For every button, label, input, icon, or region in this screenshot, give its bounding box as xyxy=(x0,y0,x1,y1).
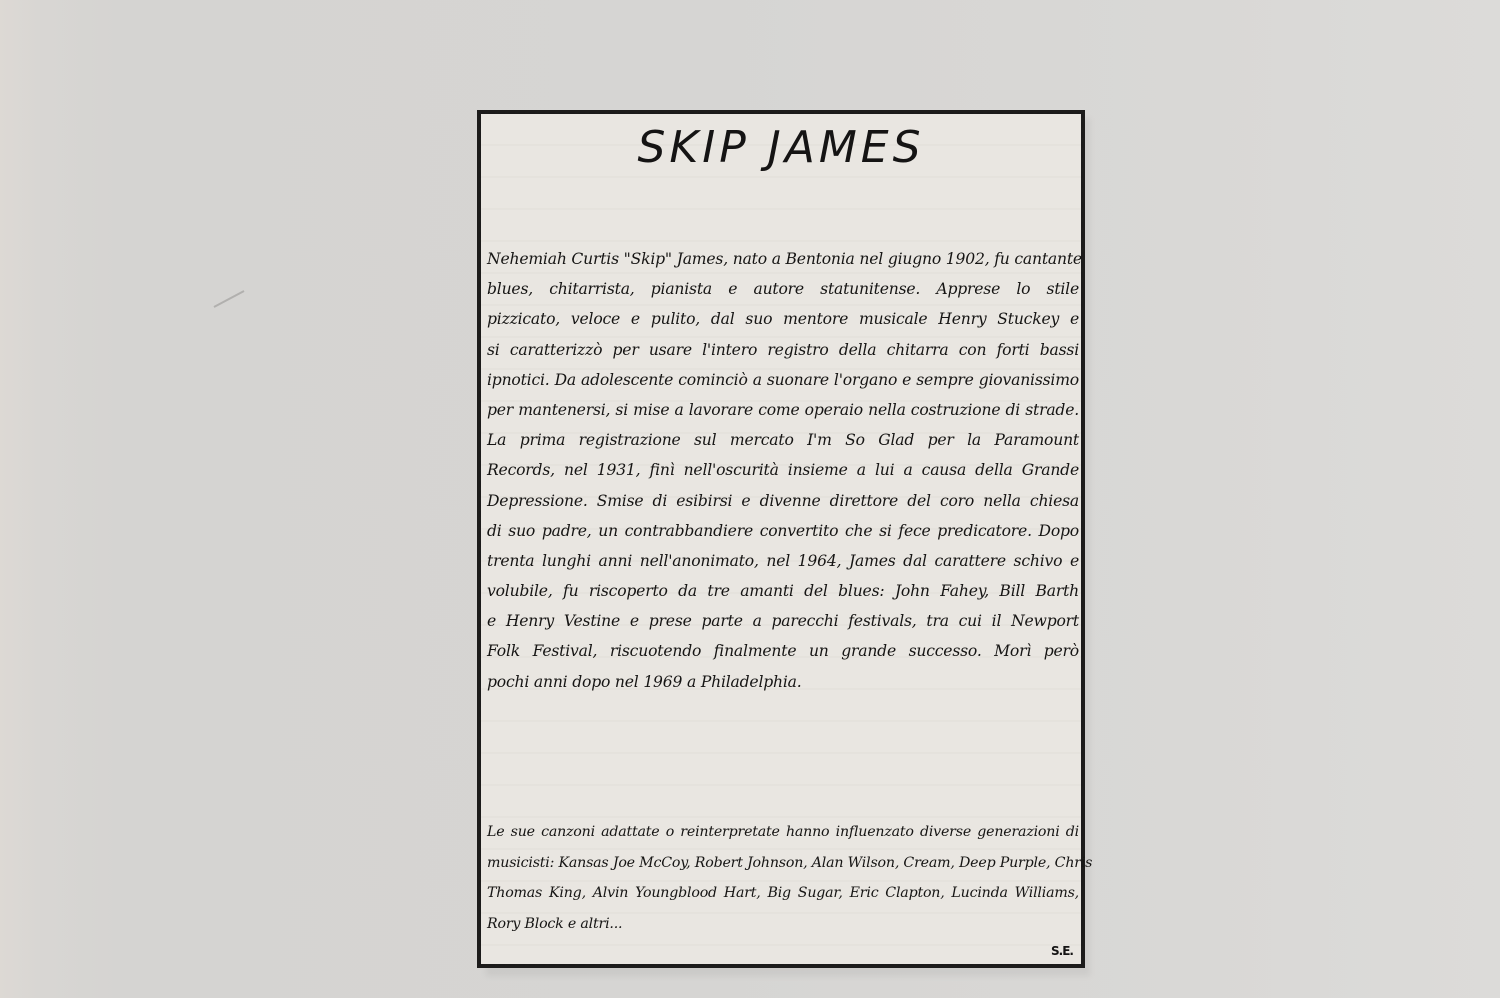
panel-title: SKIP JAMES xyxy=(481,122,1081,173)
bio-line: Nehemiah Curtis "Skip" James, nato a Ben… xyxy=(487,244,1079,274)
bio-line: Depressione. Smise di esibirsi e divenne… xyxy=(487,486,1079,516)
influence-line: Thomas King, Alvin Youngblood Hart, Big … xyxy=(487,878,1079,909)
bio-line: Folk Festival, riscuotendo finalmente un… xyxy=(487,636,1079,666)
bio-line: si caratterizzò per usare l'intero regis… xyxy=(487,335,1079,365)
bio-line: La prima registrazione sul mercato I'm S… xyxy=(487,425,1079,455)
bio-line: trenta lunghi anni nell'anonimato, nel 1… xyxy=(487,546,1079,576)
influence-line: musicisti: Kansas Joe McCoy, Robert John… xyxy=(487,848,1079,879)
influences-text: Le sue canzoni adattate o reinterpretate… xyxy=(487,817,1079,939)
bio-line: e Henry Vestine e prese parte a parecchi… xyxy=(487,606,1079,636)
bio-line: blues, chitarrista, pianista e autore st… xyxy=(487,274,1079,304)
bio-line: volubile, fu riscoperto da tre amanti de… xyxy=(487,576,1079,606)
wall-scuff-mark xyxy=(214,290,245,308)
bio-line: Records, nel 1931, finì nell'oscurità in… xyxy=(487,455,1079,485)
bio-line: ipnotici. Da adolescente cominciò a suon… xyxy=(487,365,1079,395)
bio-line: pizzicato, veloce e pulito, dal suo ment… xyxy=(487,304,1079,334)
biography-text: Nehemiah Curtis "Skip" James, nato a Ben… xyxy=(487,244,1079,697)
bio-line: per mantenersi, si mise a lavorare come … xyxy=(487,395,1079,425)
skip-james-text-panel: SKIP JAMES Nehemiah Curtis "Skip" James,… xyxy=(477,110,1085,968)
influence-line: Rory Block e altri... xyxy=(487,909,1079,940)
bio-line: di suo padre, un contrabbandiere convert… xyxy=(487,516,1079,546)
artist-signature: S.E. xyxy=(1051,944,1073,958)
influence-line: Le sue canzoni adattate o reinterpretate… xyxy=(487,817,1079,848)
bio-line: pochi anni dopo nel 1969 a Philadelphia. xyxy=(487,667,1079,697)
